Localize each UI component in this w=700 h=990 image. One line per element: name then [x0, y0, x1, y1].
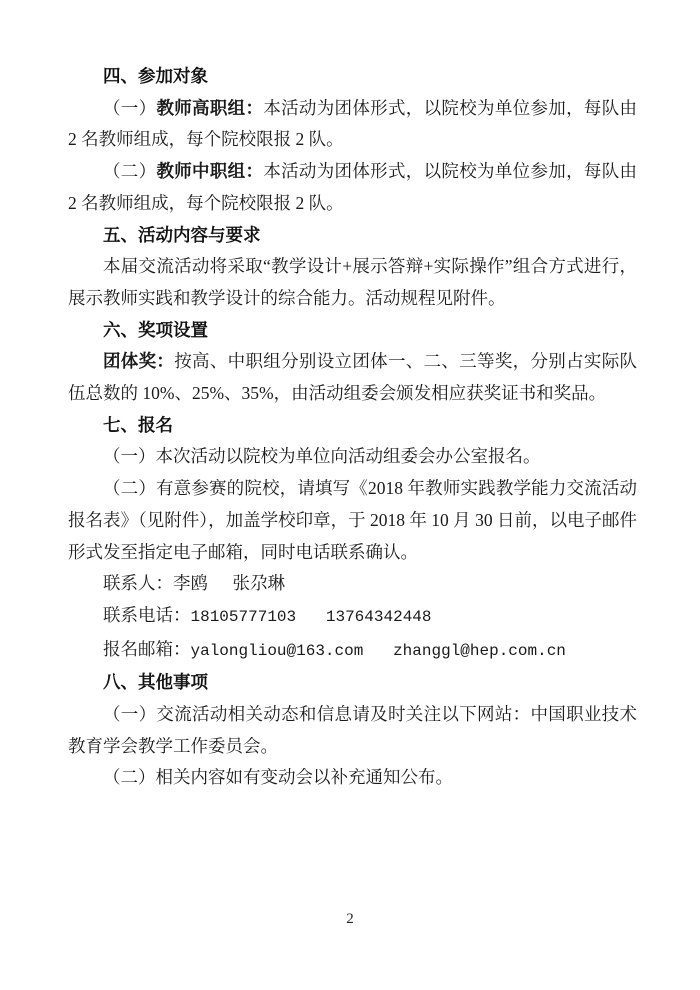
document-page: 四、参加对象 （一）教师高职组：本活动为团体形式，以院校为单位参加，每队由 2 … — [0, 0, 700, 990]
contact-email-label: 报名邮箱： — [103, 639, 191, 659]
contact-phone-number: 13764342448 — [326, 608, 432, 626]
contact-phone-line: 联系电话：1810577710313764342448 — [68, 600, 637, 634]
paragraph-team-awards: 团体奖：按高、中职组分别设立团体一、二、三等奖，分别占实际队伍总数的 10%、2… — [68, 346, 637, 409]
bold-term: 教师高职组： — [156, 98, 263, 118]
section-heading-content-requirements: 五、活动内容与要求 — [68, 220, 637, 252]
paragraph-registration-unit: （一）本次活动以院校为单位向活动组委会办公室报名。 — [68, 441, 637, 473]
section-heading-other-matters: 八、其他事项 — [68, 667, 637, 699]
contact-email-address: yalongliou@163.com — [191, 642, 364, 660]
contact-person-name: 李鸥 — [173, 573, 208, 593]
contact-phone-label: 联系电话： — [103, 605, 191, 625]
bold-term: 团体奖： — [103, 351, 174, 371]
contact-email-address: zhanggl@hep.com.cn — [393, 642, 566, 660]
document-content: 四、参加对象 （一）教师高职组：本活动为团体形式，以院校为单位参加，每队由 2 … — [68, 61, 637, 794]
section-heading-participants: 四、参加对象 — [68, 61, 637, 93]
paragraph-activity-format: 本届交流活动将采取“教学设计+展示答辩+实际操作”组合方式进行，展示教师实践和教… — [68, 251, 637, 314]
list-marker: （一） — [103, 98, 156, 118]
section-heading-registration: 七、报名 — [68, 410, 637, 442]
contact-email-line: 报名邮箱：yalongliou@163.comzhanggl@hep.com.c… — [68, 634, 637, 668]
contact-person-label: 联系人： — [103, 573, 173, 593]
section-heading-awards: 六、奖项设置 — [68, 315, 637, 347]
paragraph-higher-vocational-group: （一）教师高职组：本活动为团体形式，以院校为单位参加，每队由 2 名教师组成，每… — [68, 93, 637, 156]
paragraph-secondary-vocational-group: （二）教师中职组：本活动为团体形式，以院校为单位参加，每队由 2 名教师组成，每… — [68, 156, 637, 219]
contact-person-line: 联系人：李鸥张尕琳 — [68, 568, 637, 600]
paragraph-change-notice: （二）相关内容如有变动会以补充通知公布。 — [68, 762, 637, 794]
paragraph-registration-form: （二）有意参赛的院校，请填写《2018 年教师实践教学能力交流活动报名表》（见附… — [68, 473, 637, 568]
contact-phone-number: 18105777103 — [191, 608, 297, 626]
page-number: 2 — [0, 911, 700, 928]
list-marker: （二） — [103, 161, 156, 181]
contact-person-name: 张尕琳 — [233, 573, 286, 593]
bold-term: 教师中职组： — [156, 161, 263, 181]
paragraph-website-notice: （一）交流活动相关动态和信息请及时关注以下网站：中国职业技术教育学会教学工作委员… — [68, 699, 637, 762]
